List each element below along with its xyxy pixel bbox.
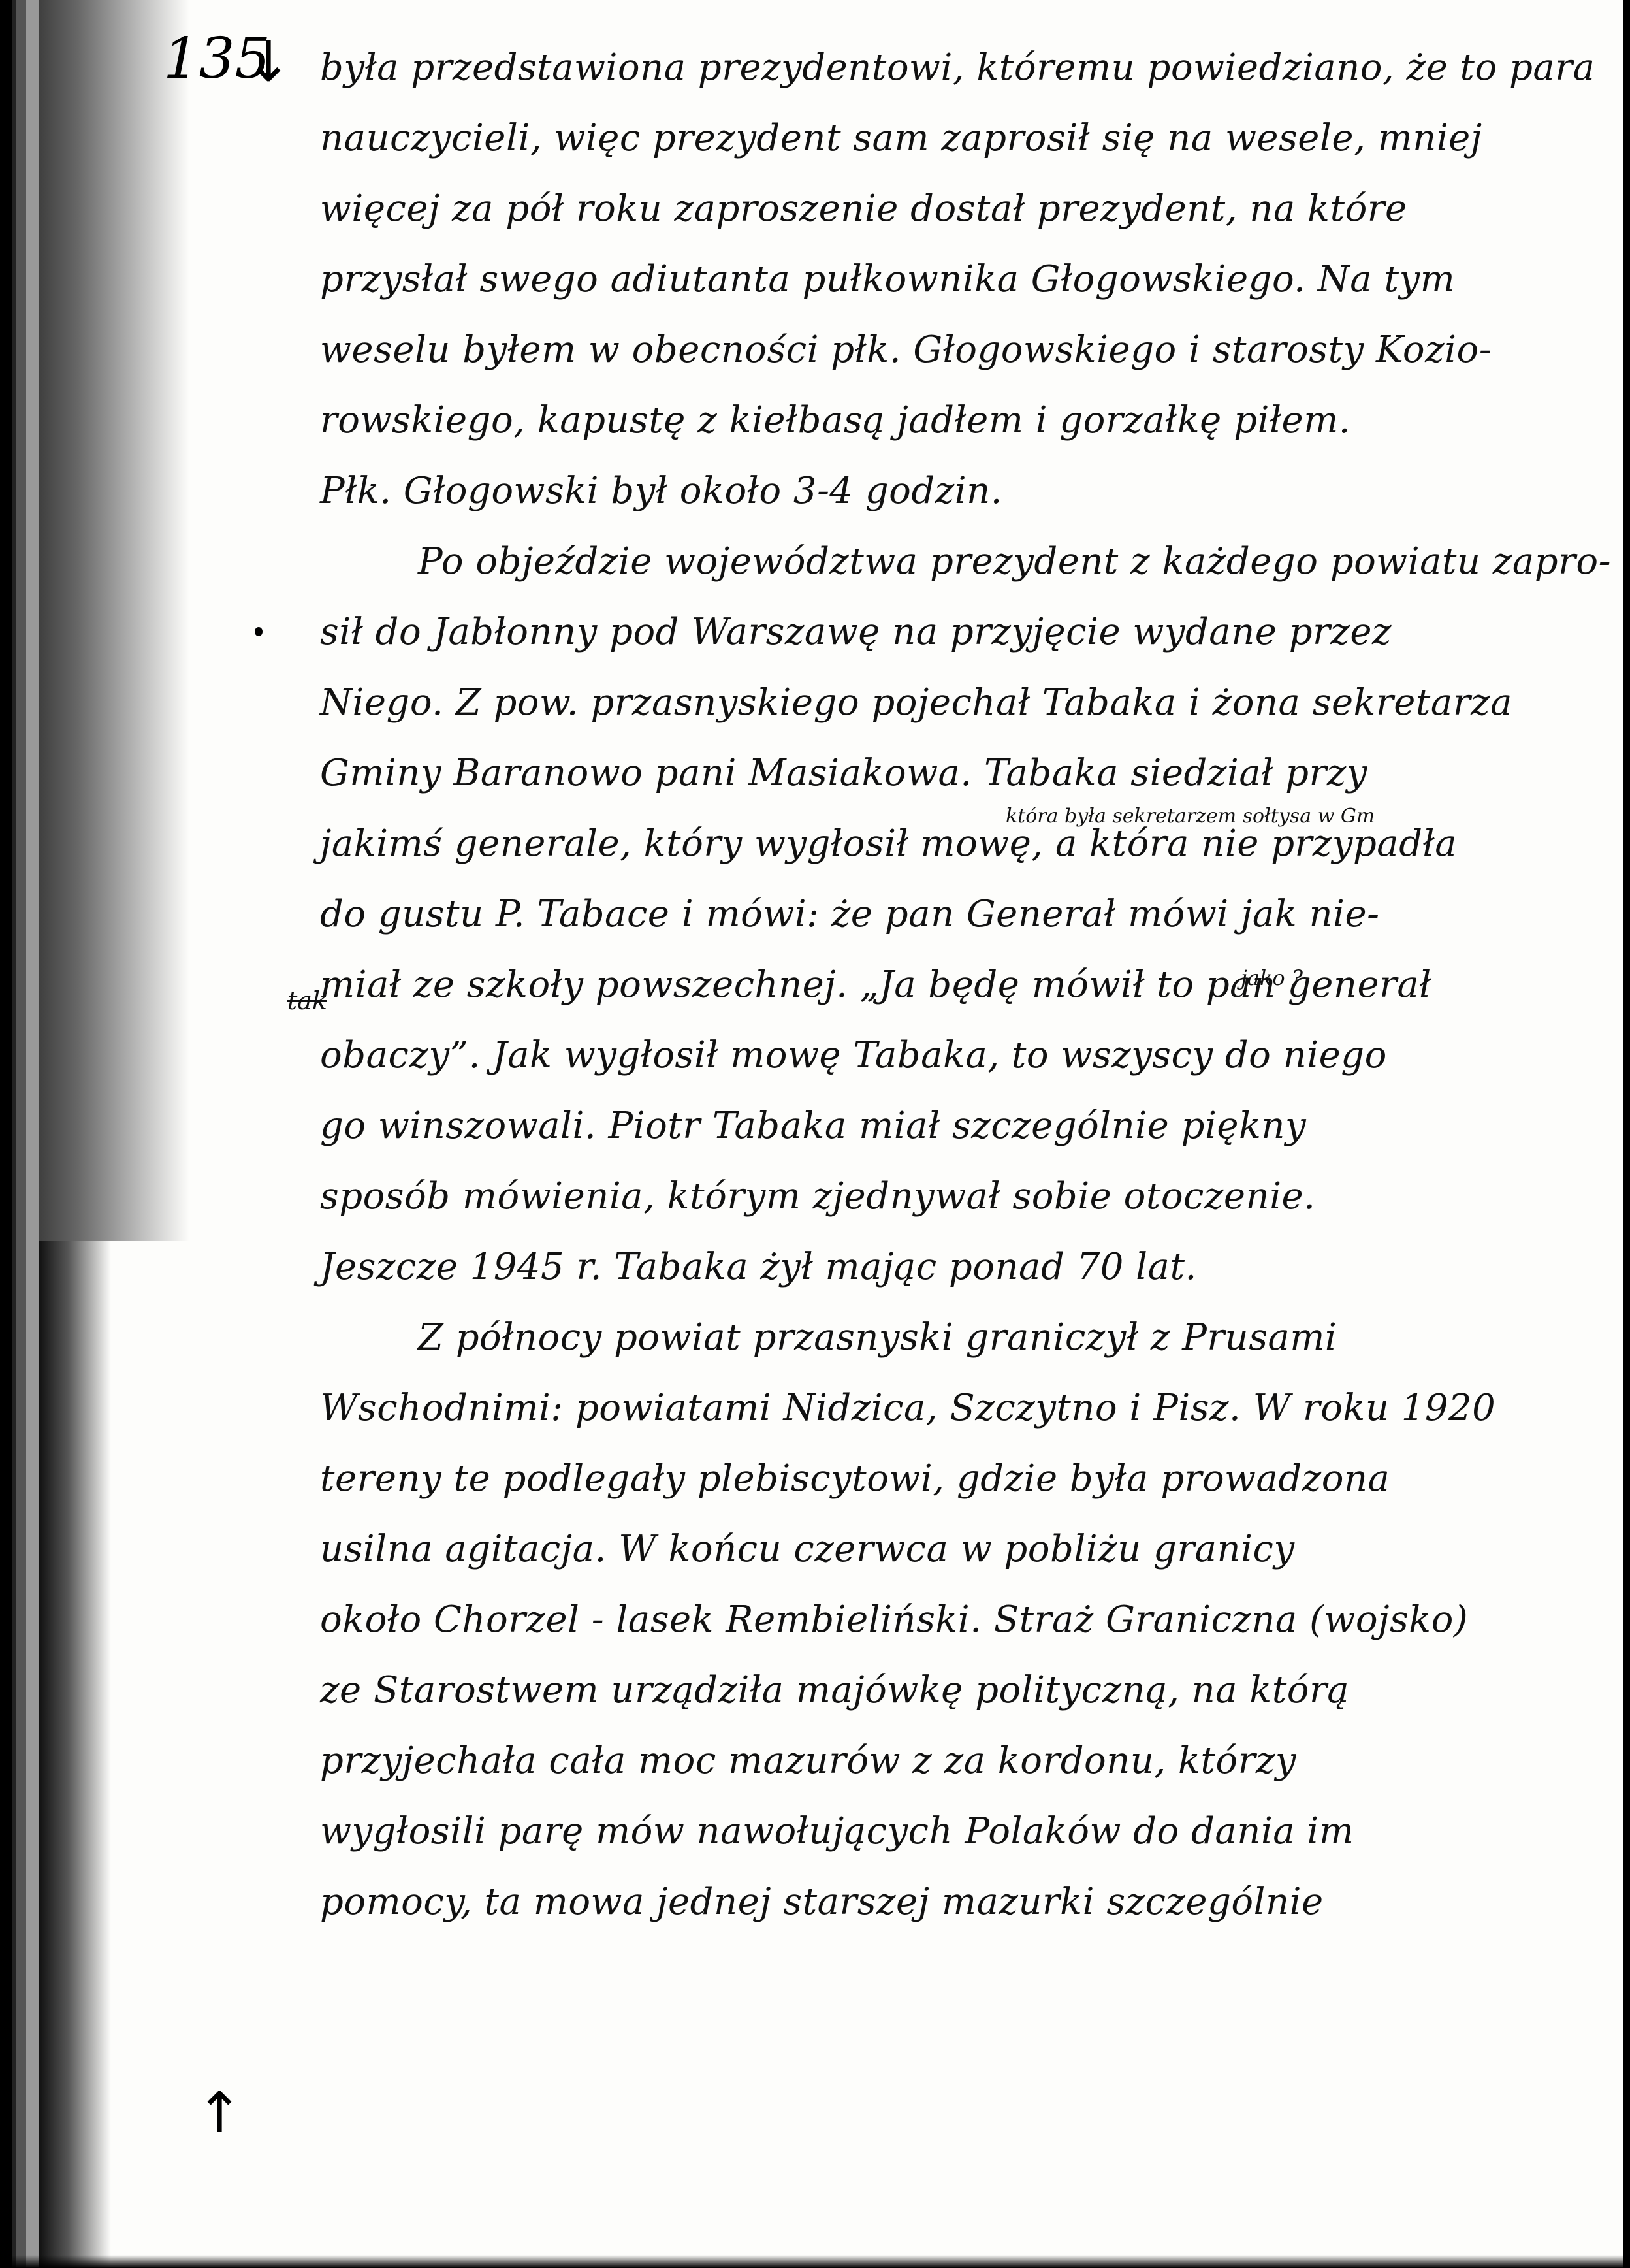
arrow-up-icon: ↑ — [196, 2081, 243, 2146]
manuscript-page: 135 ↓ ↑ która była sekretarzem sołtysa w… — [0, 0, 1630, 2268]
text-line: Po objeździe województwa prezydent z każ… — [320, 526, 1580, 597]
text-line: Gminy Baranowo pani Masiakowa. Tabaka si… — [320, 738, 1580, 809]
page-bottom-edge — [0, 2255, 1630, 2268]
binding-shadow — [39, 0, 189, 1241]
text-line: około Chorzel - lasek Rembieliński. Stra… — [320, 1585, 1580, 1655]
text-line: więcej za pół roku zaproszenie dostał pr… — [320, 174, 1580, 244]
text-line: weselu byłem w obecności płk. Głogowskie… — [320, 315, 1580, 385]
page-right-edge — [1623, 0, 1630, 2268]
text-line: tereny te podlegały plebiscytowi, gdzie … — [320, 1444, 1580, 1514]
text-line: rowskiego, kapustę z kiełbasą jadłem i g… — [320, 385, 1580, 456]
text-line: Niego. Z pow. przasnyskiego pojechał Tab… — [320, 668, 1580, 738]
text-line: Płk. Głogowski był około 3-4 godzin. — [320, 456, 1580, 526]
text-line: była przedstawiona prezydentowi, któremu… — [320, 33, 1580, 103]
text-line: przyjechała cała moc mazurów z za kordon… — [320, 1726, 1580, 1796]
arrow-down-icon: ↓ — [245, 29, 292, 95]
text-line: Jeszcze 1945 r. Tabaka żył mając ponad 7… — [320, 1232, 1580, 1303]
text-line: do gustu P. Tabace i mówi: że pan Genera… — [320, 879, 1580, 950]
text-line: sił do Jabłonny pod Warszawę na przyjęci… — [320, 597, 1580, 668]
text-line: obaczy”. Jak wygłosił mowę Tabaka, to ws… — [320, 1020, 1580, 1091]
text-line: wygłosili parę mów nawołujących Polaków … — [320, 1796, 1580, 1867]
text-line: ze Starostwem urządziła majówkę politycz… — [320, 1655, 1580, 1726]
margin-dot — [255, 627, 263, 636]
handwritten-text-body: była przedstawiona prezydentowi, któremu… — [320, 33, 1580, 1937]
binding-shadow-lower — [39, 1241, 111, 2268]
text-line: Wschodnimi: powiatami Nidzica, Szczytno … — [320, 1373, 1580, 1444]
text-line: sposób mówienia, którym zjednywał sobie … — [320, 1161, 1580, 1232]
text-line: przysłał swego adiutanta pułkownika Głog… — [320, 244, 1580, 315]
text-line: nauczycieli, więc prezydent sam zaprosił… — [320, 103, 1580, 174]
text-line: Z północy powiat przasnyski graniczył z … — [320, 1303, 1580, 1373]
book-binding-edge — [0, 0, 39, 2268]
text-line: go winszowali. Piotr Tabaka miał szczegó… — [320, 1091, 1580, 1161]
text-line: jakimś generale, który wygłosił mowę, a … — [320, 809, 1580, 879]
text-line: miał ze szkoły powszechnej. „Ja będę mów… — [320, 950, 1580, 1020]
text-line: pomocy, ta mowa jednej starszej mazurki … — [320, 1867, 1580, 1937]
text-line: usilna agitacja. W końcu czerwca w pobli… — [320, 1514, 1580, 1585]
